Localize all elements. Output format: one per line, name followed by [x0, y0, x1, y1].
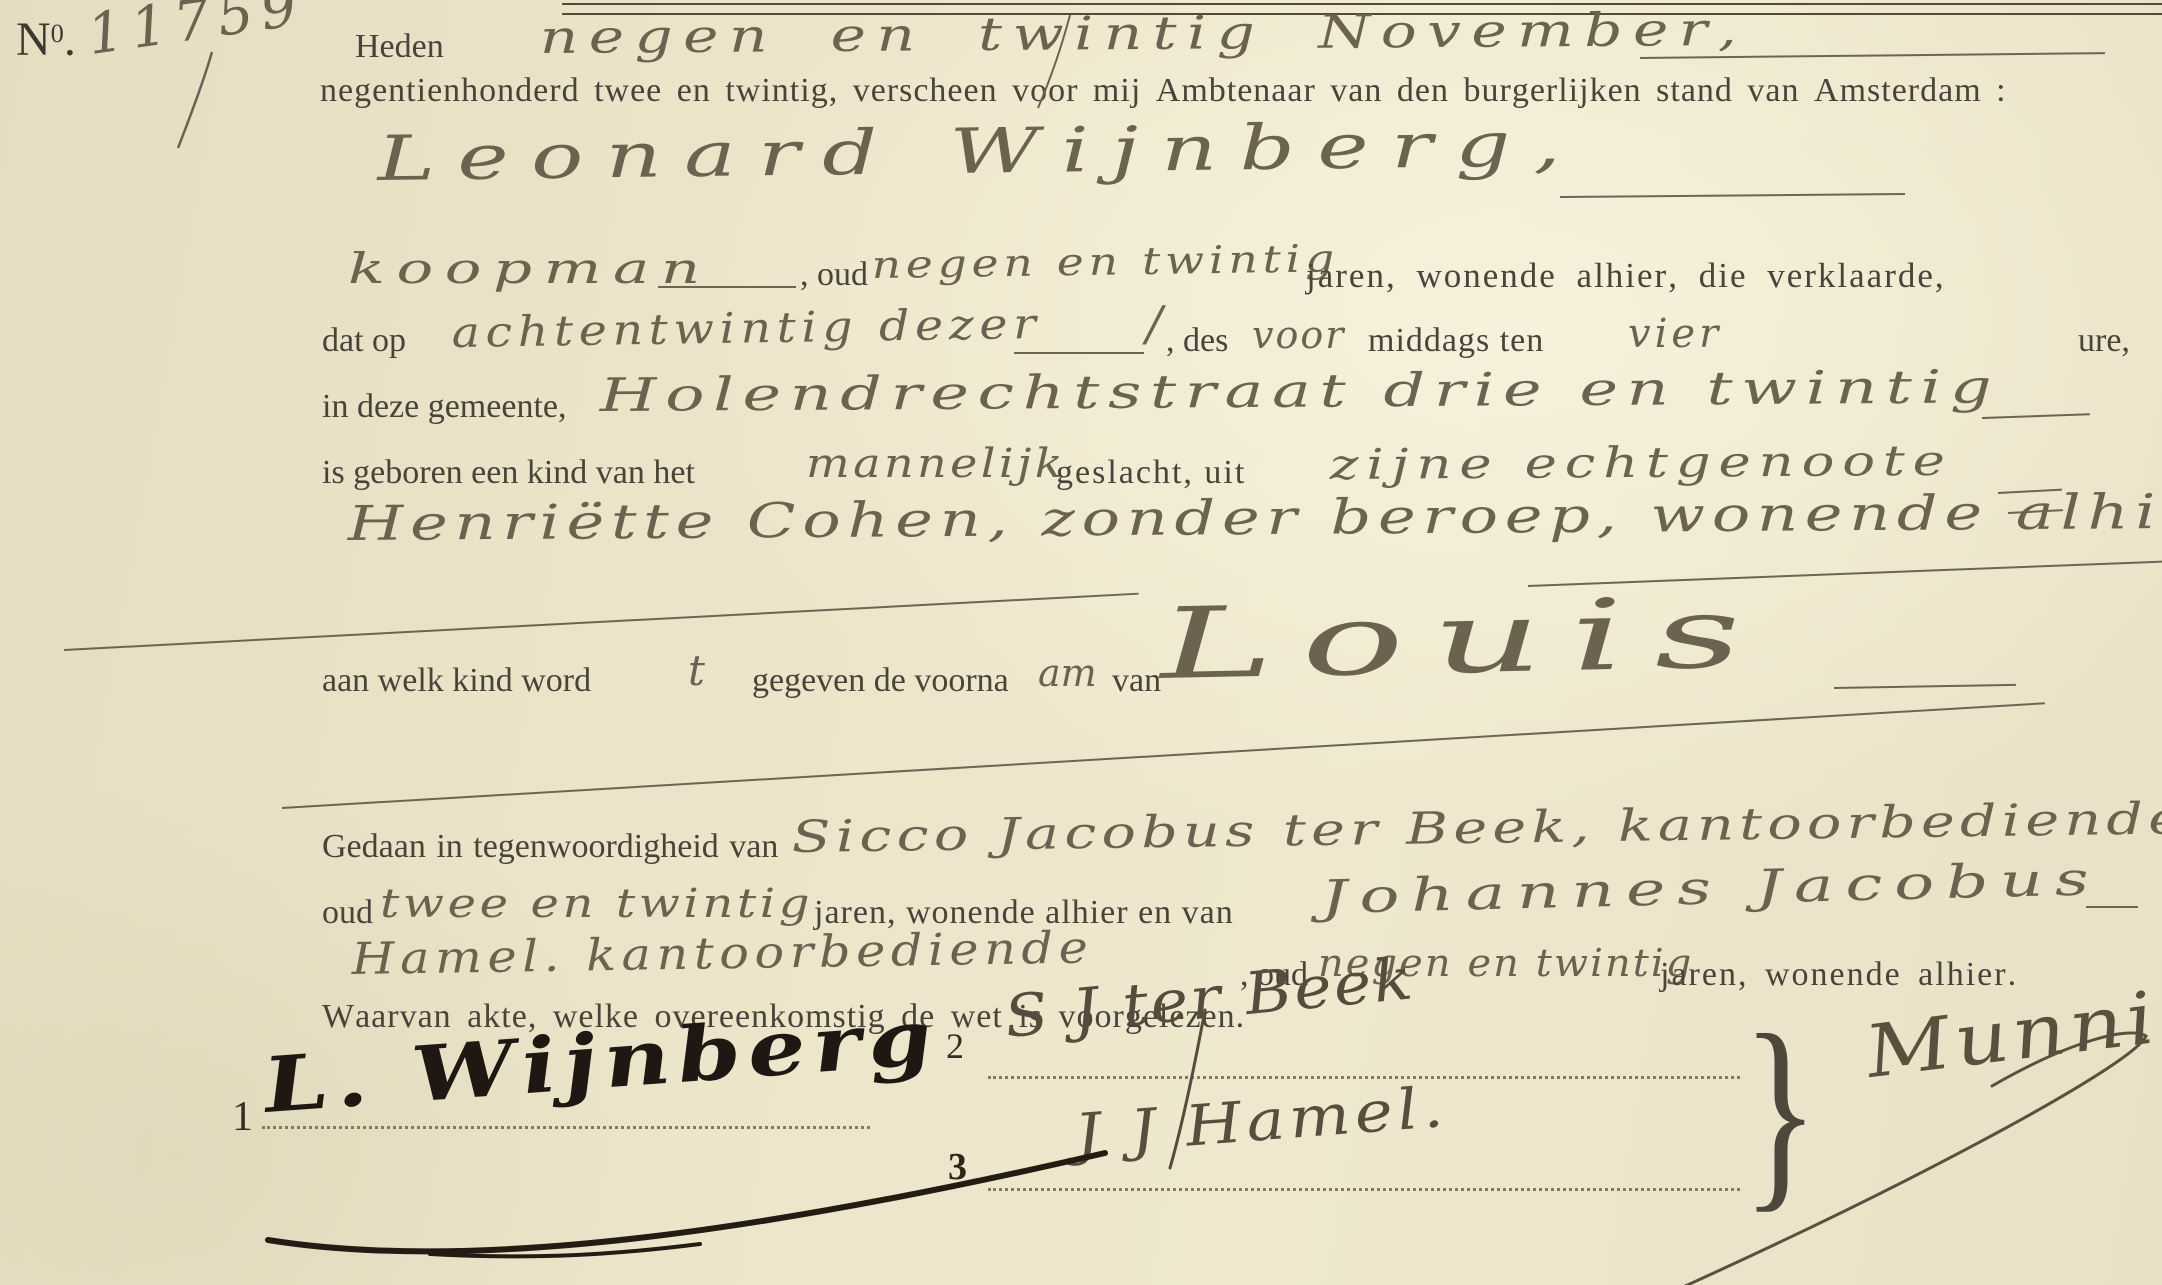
printed-year-line: negentienhonderd twee en twintig, versch… [320, 74, 2007, 108]
signature-official: Munni [1860, 981, 2162, 1088]
written-birth-hour: vier [1628, 314, 1722, 354]
written-witness2-cont: Hamel. kantoorbediende [351, 926, 1094, 982]
signature-dotted-line-2 [988, 1076, 1740, 1079]
label-dat-op: dat op [322, 324, 406, 358]
filler-dash-after-birthday [1014, 352, 1144, 354]
act-number-label: N0. [16, 16, 76, 64]
act-number-tail-stroke [178, 52, 212, 148]
signature-number-3: 3 [948, 1148, 967, 1186]
filler-dash-after-witness2name [2086, 906, 2138, 908]
act-number-label-sup: 0 [51, 18, 64, 48]
filler-line-witness-row [282, 702, 2045, 809]
written-occupation: koopman [348, 248, 712, 290]
written-declarant-name: Leonard Wijnberg, [376, 113, 1583, 190]
label-voornaam-b: gegeven de voorna [752, 664, 1009, 698]
written-child-name: Louis [1156, 584, 1772, 694]
written-mother-relation: zijne echtgenoote [1330, 440, 1953, 486]
filler-line-voornaam-row [64, 593, 1139, 651]
filler-dash-after-declarant [1560, 193, 1905, 198]
filler-dash-after-address [1982, 413, 2090, 419]
label-geboren: is geboren een kind van het [322, 456, 695, 490]
act-number-value: 11759 [84, 0, 308, 64]
written-fill-am: am [1038, 654, 1097, 692]
filler-dash-after-childname [1834, 684, 2016, 689]
birth-certificate-scan: N0. 11759 Heden negen en twintig Novembe… [0, 0, 2162, 1285]
signature-number-2: 2 [946, 1028, 964, 1064]
written-mother: Henriëtte Cohen, zonder beroep, wonende … [347, 488, 2162, 548]
signature-number-1: 1 [232, 1096, 253, 1138]
filler-dash-after-occupation [658, 286, 796, 288]
signature-dotted-line-3 [988, 1188, 1740, 1191]
sig1-underline-flourish-2 [430, 1244, 700, 1256]
signature-dotted-line-1 [262, 1126, 870, 1129]
written-date: negen en twintig November, [539, 6, 1747, 60]
label-heden: Heden [355, 30, 444, 64]
label-middags-ten: middags ten [1368, 324, 1544, 358]
written-witness2-name: Johannes Jacobus [1320, 855, 2102, 920]
label-ure: ure, [2078, 324, 2130, 358]
label-oud-2: oud [322, 896, 373, 930]
label-van: van [1112, 664, 1161, 698]
written-slash: / [1146, 300, 1162, 348]
label-oud-1: , oud [800, 258, 868, 292]
written-witness1: Sicco Jacobus ter Beek, kantoorbediende [791, 797, 2162, 860]
written-witness1-age: twee en twintig [380, 884, 813, 924]
label-gedaan: Gedaan in tegenwoordigheid van [322, 830, 778, 864]
written-daypart: voor [1252, 316, 1345, 354]
label-jaren-alhier: jaren, wonende alhier. [1660, 958, 2018, 992]
act-number-label-n: N [16, 13, 51, 66]
written-declarant-age: negen en twintig [871, 239, 1339, 284]
label-voornaam-a: aan welk kind word [322, 664, 591, 698]
act-number-label-dot: . [64, 13, 76, 66]
label-jaren-verklaarde: jaren, wonende alhier, die verklaarde, [1306, 258, 1946, 293]
written-birth-address: Holendrechtstraat drie en twintig [599, 363, 2000, 418]
signature-brace: } [1742, 1002, 1819, 1218]
label-gemeente: in deze gemeente, [322, 390, 566, 424]
written-birth-day: achtentwintig dezer [451, 303, 1042, 354]
label-des: , des [1166, 324, 1228, 358]
sig1-underline-flourish [268, 1153, 1105, 1251]
written-child-gender: mannelijk [806, 444, 1066, 484]
label-geslacht-uit: geslacht, uit [1056, 456, 1246, 490]
written-fill-t: t [688, 650, 705, 692]
signature-witness2: J J Hamel. [1072, 1080, 1450, 1164]
